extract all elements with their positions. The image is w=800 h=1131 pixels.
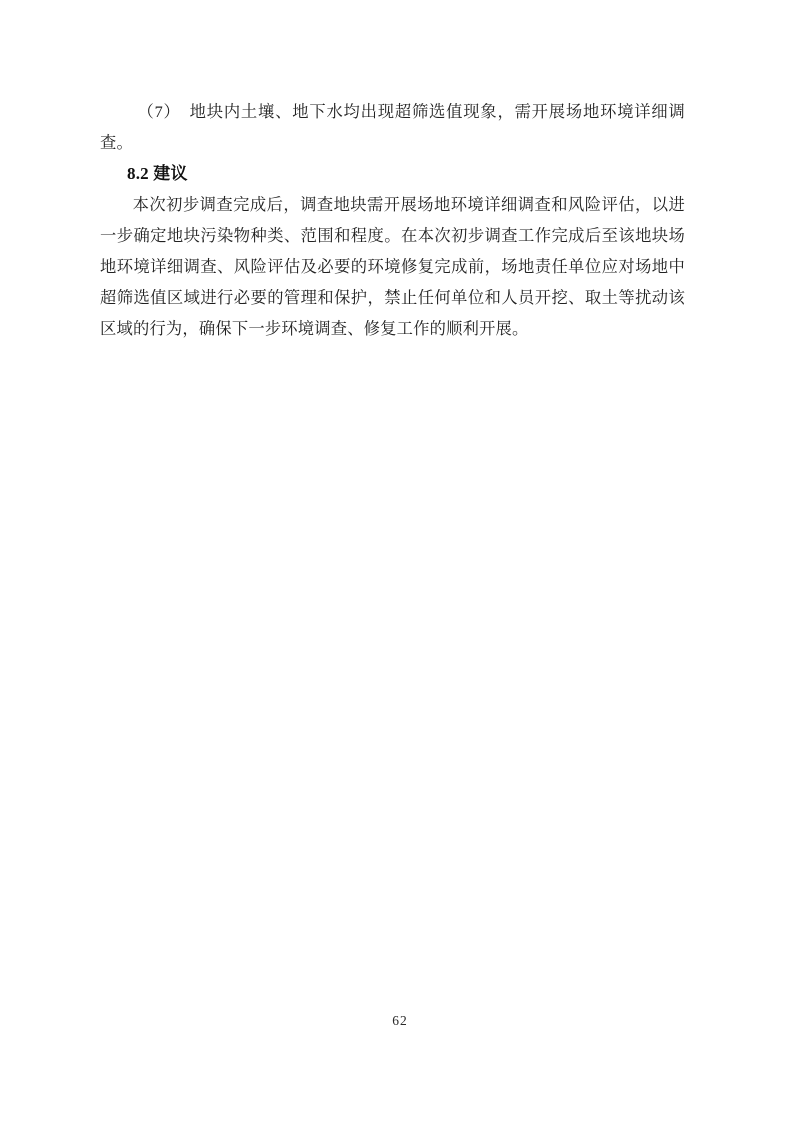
list-item-7: （7） 地块内土壤、地下水均出现超筛选值现象，需开展场地环境详细调查。 — [100, 96, 685, 158]
document-content: （7） 地块内土壤、地下水均出现超筛选值现象，需开展场地环境详细调查。 8.2 … — [100, 96, 685, 344]
section-heading-8-2: 8.2 建议 — [100, 158, 685, 189]
page-number: 62 — [392, 1013, 408, 1028]
recommendation-paragraph: 本次初步调查完成后，调查地块需开展场地环境详细调查和风险评估，以进一步确定地块污… — [100, 189, 685, 344]
page-footer: 62 — [0, 1012, 800, 1030]
document-page: （7） 地块内土壤、地下水均出现超筛选值现象，需开展场地环境详细调查。 8.2 … — [0, 0, 800, 1131]
